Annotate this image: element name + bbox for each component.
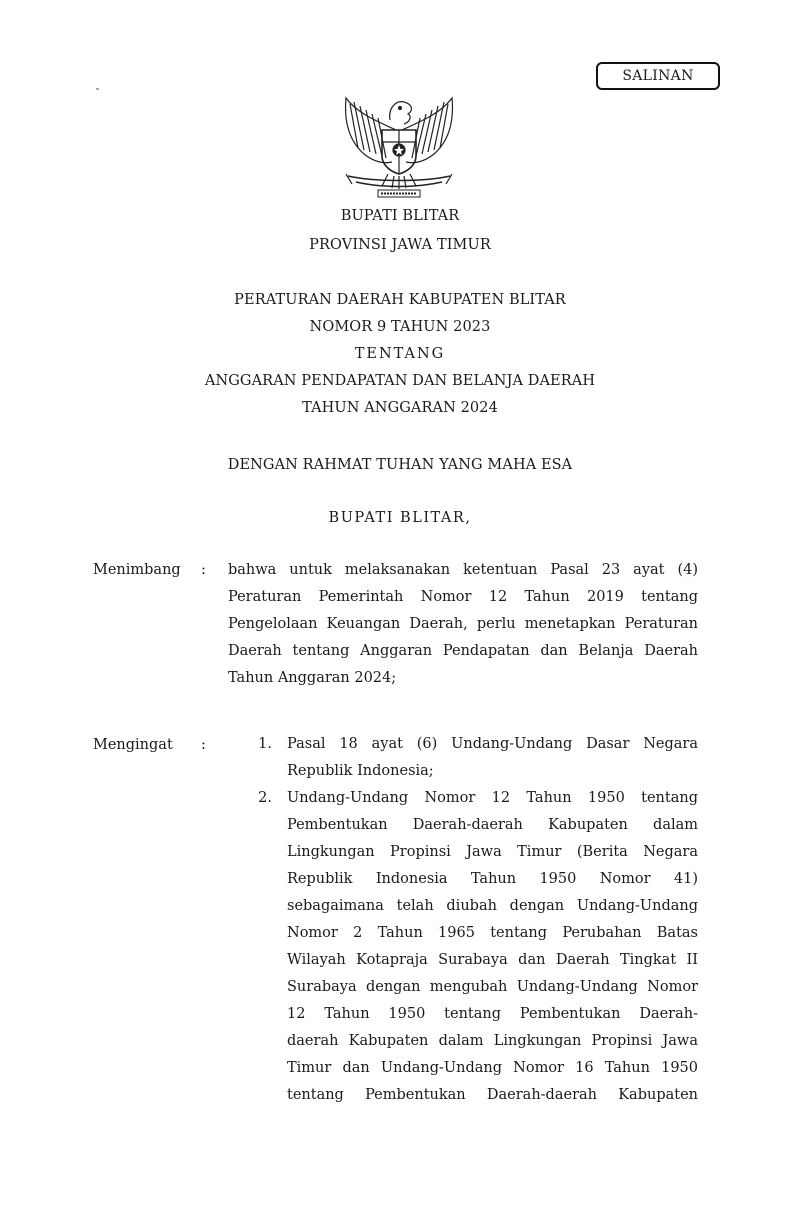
header-province: PROVINSI JAWA TIMUR xyxy=(0,237,800,253)
title-fiscal-year: TAHUN ANGGARAN 2024 xyxy=(0,400,800,416)
text-line: Nomor 2 Tahun 1965 tentang Perubahan Bat… xyxy=(287,920,698,947)
mengingat-item-1: Pasal 18 ayat (6) Undang-Undang Dasar Ne… xyxy=(287,731,698,785)
text-line: bahwa untuk melaksanakan ketentuan Pasal… xyxy=(228,557,698,584)
text-line: Undang-Undang Nomor 12 Tahun 1950 tentan… xyxy=(287,785,698,812)
list-number: 2. xyxy=(252,790,272,806)
text-line: Lingkungan Propinsi Jawa Timur (Berita N… xyxy=(287,839,698,866)
text-line: Republik Indonesia Tahun 1950 Nomor 41) xyxy=(287,866,698,893)
mengingat-label: Mengingat xyxy=(93,737,173,753)
garuda-emblem-icon xyxy=(334,90,464,202)
document-page: SALINAN xyxy=(0,0,800,1223)
menimbang-label: Menimbang xyxy=(93,562,181,578)
text-line: Pasal 18 ayat (6) Undang-Undang Dasar Ne… xyxy=(287,731,698,758)
text-line: tentang Pembentukan Daerah-daerah Kabupa… xyxy=(287,1082,698,1109)
text-line: Pengelolaan Keuangan Daerah, perlu menet… xyxy=(228,611,698,638)
text-line: Republik Indonesia; xyxy=(287,758,698,785)
authority: BUPATI BLITAR, xyxy=(0,510,800,526)
text-line: Timur dan Undang-Undang Nomor 16 Tahun 1… xyxy=(287,1055,698,1082)
menimbang-colon: : xyxy=(201,562,206,578)
salinan-stamp: SALINAN xyxy=(596,62,720,90)
title-number: NOMOR 9 TAHUN 2023 xyxy=(0,319,800,335)
text-line: Tahun Anggaran 2024; xyxy=(228,665,698,692)
title-regulation: PERATURAN DAERAH KABUPATEN BLITAR xyxy=(0,292,800,308)
mengingat-item-2: Undang-Undang Nomor 12 Tahun 1950 tentan… xyxy=(287,785,698,1109)
title-subject: ANGGARAN PENDAPATAN DAN BELANJA DAERAH xyxy=(0,373,800,389)
menimbang-text: bahwa untuk melaksanakan ketentuan Pasal… xyxy=(228,557,698,692)
header-regent: BUPATI BLITAR xyxy=(0,208,800,224)
scan-artifact xyxy=(96,88,99,90)
text-line: Surabaya dengan mengubah Undang-Undang N… xyxy=(287,974,698,1001)
text-line: Peraturan Pemerintah Nomor 12 Tahun 2019… xyxy=(228,584,698,611)
text-line: sebagaimana telah diubah dengan Undang-U… xyxy=(287,893,698,920)
text-line: Wilayah Kotapraja Surabaya dan Daerah Ti… xyxy=(287,947,698,974)
mengingat-colon: : xyxy=(201,737,206,753)
title-about: TENTANG xyxy=(0,346,800,362)
text-line: 12 Tahun 1950 tentang Pembentukan Daerah… xyxy=(287,1001,698,1028)
text-line: daerah Kabupaten dalam Lingkungan Propin… xyxy=(287,1028,698,1055)
text-line: Pembentukan Daerah-daerah Kabupaten dala… xyxy=(287,812,698,839)
invocation: DENGAN RAHMAT TUHAN YANG MAHA ESA xyxy=(0,457,800,473)
list-number: 1. xyxy=(252,736,272,752)
text-line: Daerah tentang Anggaran Pendapatan dan B… xyxy=(228,638,698,665)
